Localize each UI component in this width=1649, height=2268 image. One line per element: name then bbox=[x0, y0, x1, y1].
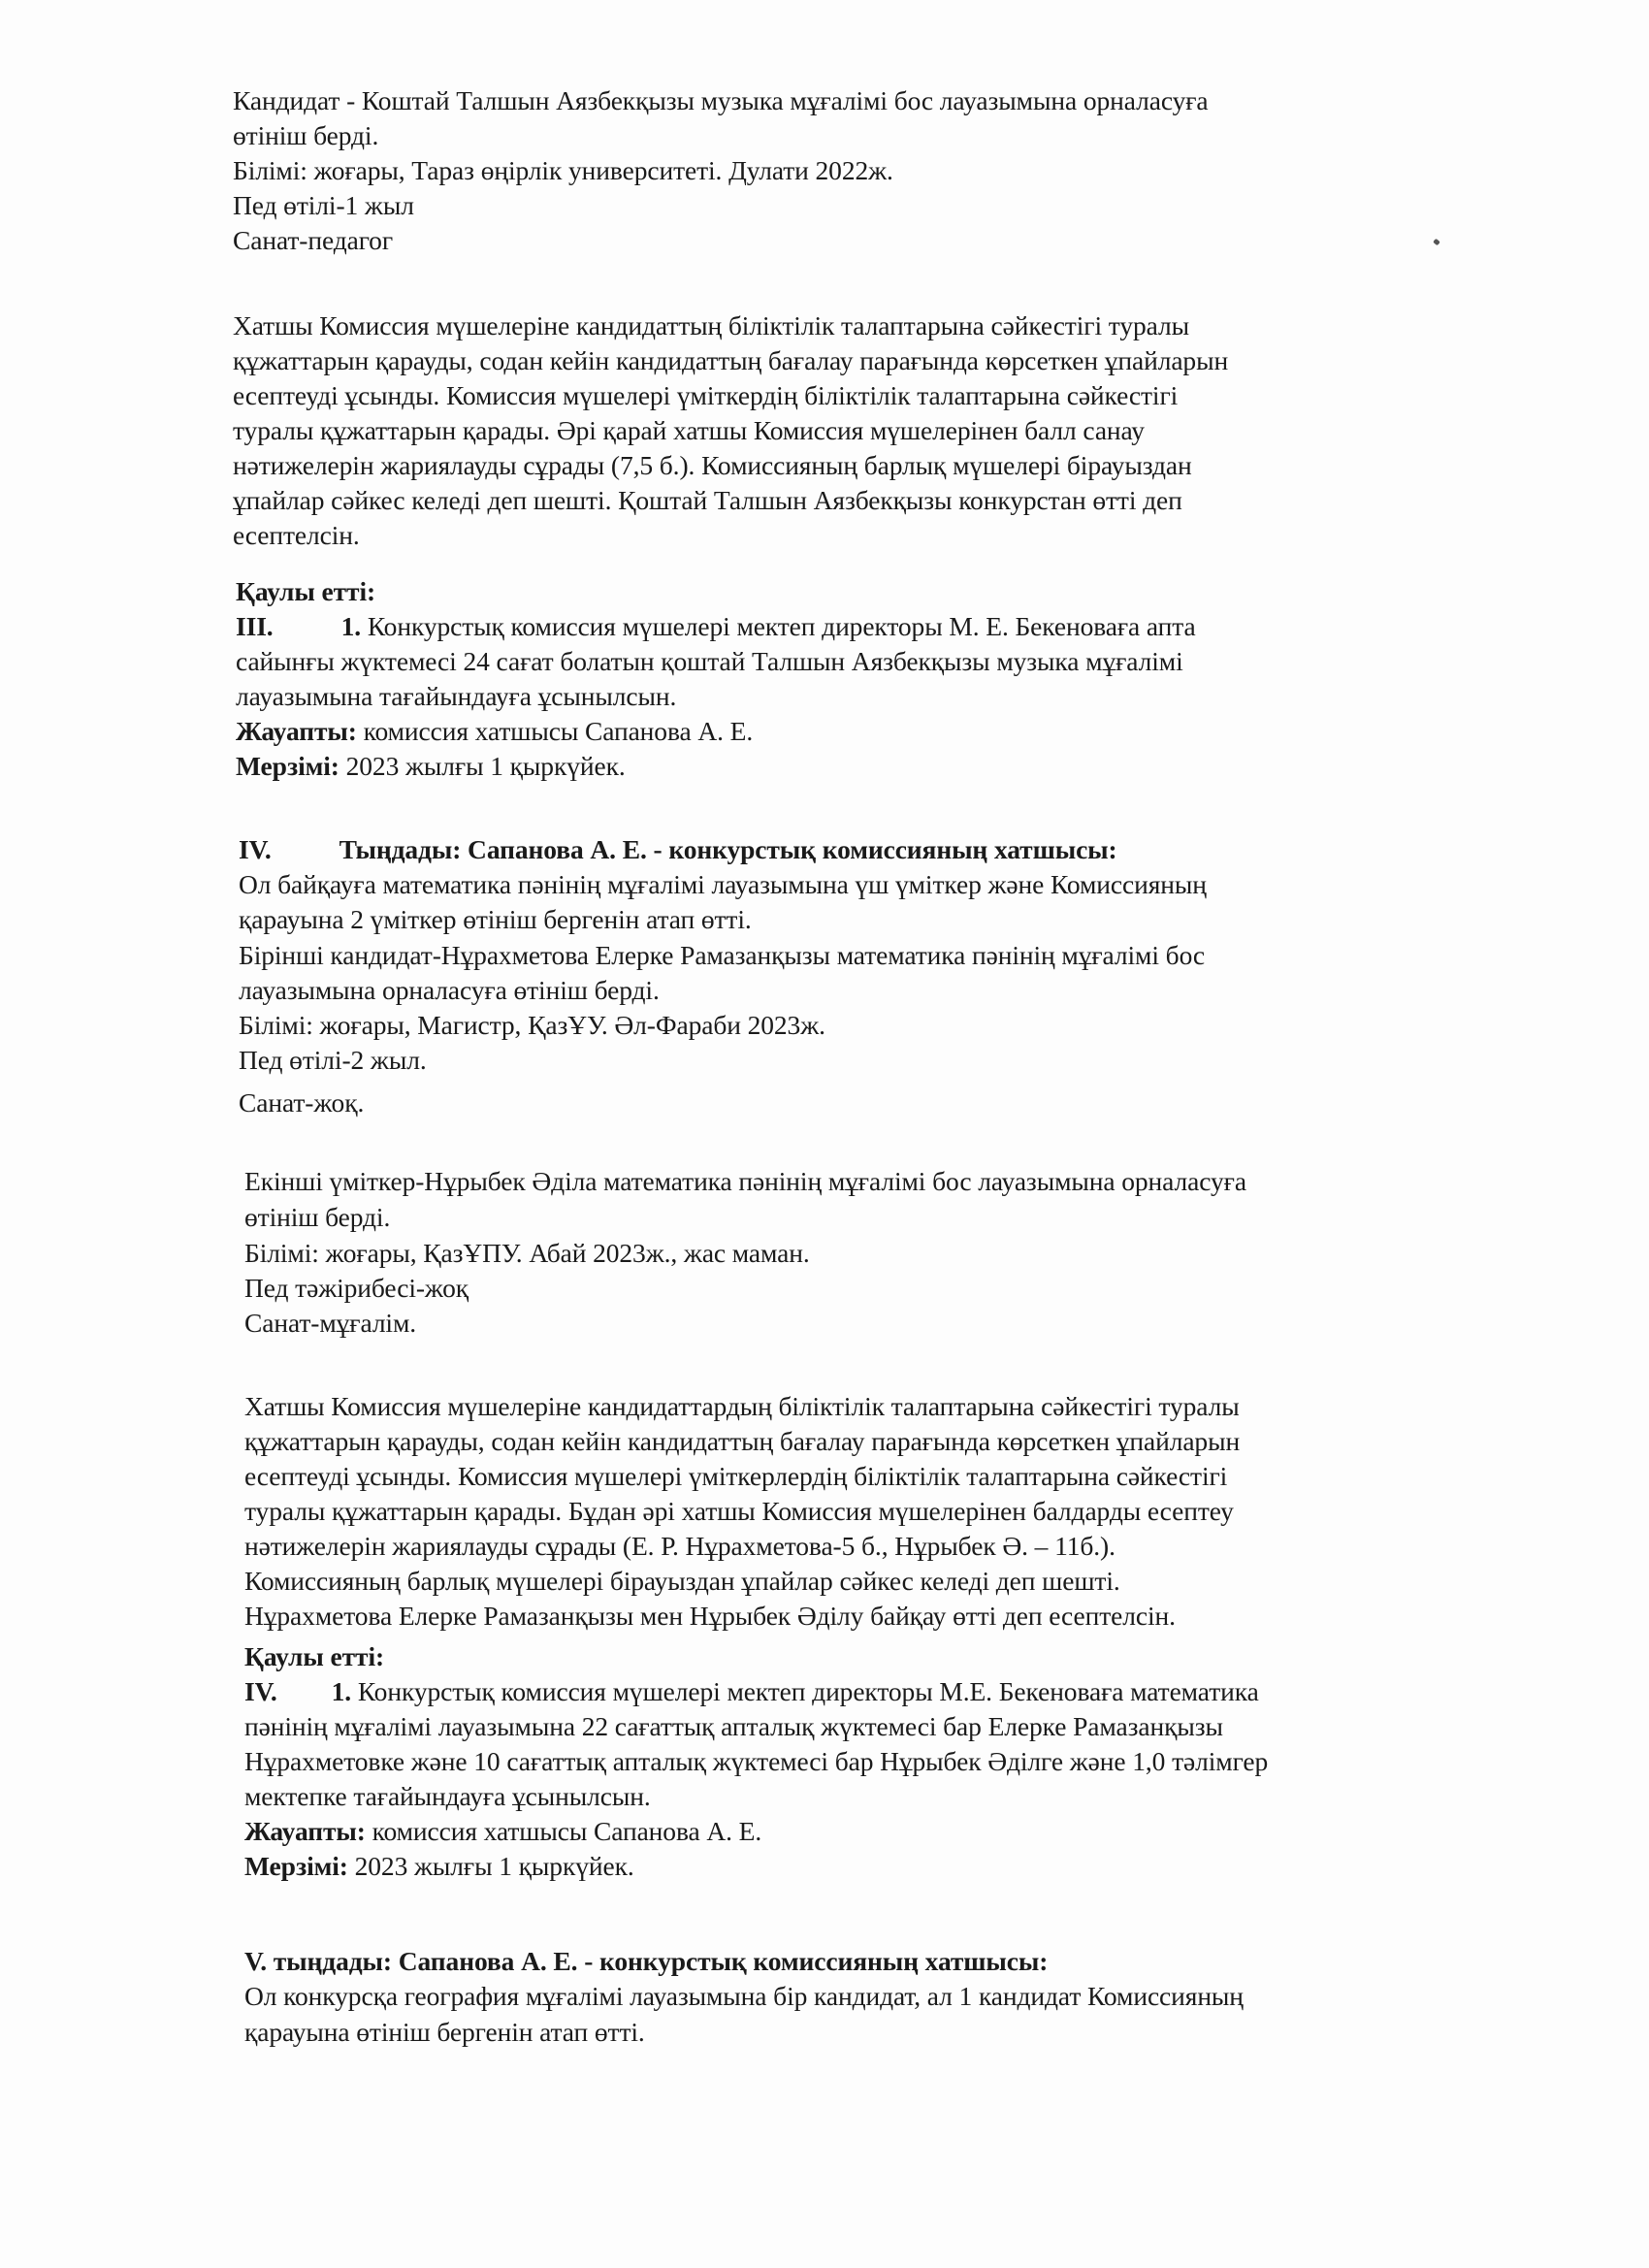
candidate-line: Кандидат - Коштай Талшын Аязбекқызы музы… bbox=[233, 83, 1209, 118]
candidate2-experience: Пед тәжірибесі-жоқ bbox=[244, 1271, 469, 1306]
candidate2-line: өтініш берді. bbox=[244, 1200, 390, 1235]
paragraph-line: ұпайлар сәйкес келеді деп шешті. Қоштай … bbox=[233, 483, 1182, 518]
candidate1-line: Бірінші кандидат-Нұрахметова Елерке Рама… bbox=[239, 938, 1205, 973]
paragraph-line: құжаттарын қарауды, содан кейін кандидат… bbox=[244, 1424, 1240, 1459]
education-line: Білімі: жоғары, Тараз өңірлік университе… bbox=[233, 153, 893, 188]
paragraph-line: туралы құжаттарын қарады. Бұдан әрі хатш… bbox=[244, 1494, 1234, 1529]
candidate2-line: Екінші үміткер-Нұрыбек Әділа математика … bbox=[244, 1164, 1246, 1199]
paragraph-line: есептелсін. bbox=[233, 518, 360, 553]
section-heading: V. тыңдады: Сапанова А. Е. - конкурстық … bbox=[244, 1944, 1048, 1979]
item-number: 1. bbox=[341, 611, 361, 641]
scanned-document-page: Кандидат - Коштай Талшын Аязбекқызы музы… bbox=[0, 0, 1649, 2268]
decision-text: сайынғы жүктемесі 24 сағат болатын қошта… bbox=[236, 644, 1183, 679]
roman-numeral: IV. bbox=[244, 1674, 277, 1709]
decision-text: мектепке тағайындауға ұсынылсын. bbox=[244, 1779, 651, 1814]
section-text: Ол конкурсқа география мұғалімі лауазымы… bbox=[244, 1979, 1244, 2014]
responsible-label: Жауапты: bbox=[236, 716, 357, 746]
item-number: 1. bbox=[332, 1676, 351, 1706]
paragraph-line: нәтижелерін жариялауды сұрады (7,5 б.). … bbox=[233, 448, 1192, 483]
candidate2-education: Білімі: жоғары, ҚазҰПУ. Абай 2023ж., жас… bbox=[244, 1236, 810, 1271]
responsible-value: комиссия хатшысы Сапанова А. Е. bbox=[357, 716, 753, 746]
category-line: Санат-педагог bbox=[233, 223, 393, 258]
responsible-line: Жауапты: комиссия хатшысы Сапанова А. Е. bbox=[236, 714, 753, 749]
section-heading-text: Тыңдады: Сапанова А. Е. - конкурстық ком… bbox=[339, 834, 1117, 864]
decision-text: Конкурстық комиссия мүшелері мектеп дире… bbox=[368, 611, 1196, 641]
responsible-line: Жауапты: комиссия хатшысы Сапанова А. Е. bbox=[244, 1814, 761, 1849]
section-text: қарауына өтініш бергенін атап өтті. bbox=[244, 2015, 645, 2050]
candidate1-category: Санат-жоқ. bbox=[239, 1085, 364, 1120]
paragraph-line: есептеуді ұсынды. Комиссия мүшелері үміт… bbox=[244, 1459, 1227, 1494]
paragraph-line: Хатшы Комиссия мүшелеріне кандидаттың бі… bbox=[233, 308, 1189, 343]
paragraph-line: есептеуді ұсынды. Комиссия мүшелері үміт… bbox=[233, 378, 1178, 413]
intro-line: Ол байқауға математика пәнінің мұғалімі … bbox=[239, 867, 1207, 902]
decision-text: Конкурстық комиссия мүшелері мектеп дире… bbox=[358, 1676, 1259, 1706]
deadline-line: Мерзімі: 2023 жылғы 1 қыркүйек. bbox=[244, 1849, 634, 1884]
responsible-label: Жауапты: bbox=[244, 1816, 366, 1846]
decision-text: лауазымына тағайындауға ұсынылсын. bbox=[236, 679, 676, 714]
candidate1-experience: Пед өтілі-2 жыл. bbox=[239, 1043, 427, 1078]
candidate2-category: Санат-мұғалім. bbox=[244, 1306, 416, 1341]
paragraph-line: Хатшы Комиссия мүшелеріне кандидаттардың… bbox=[244, 1389, 1240, 1424]
decision-item: IV.1. Конкурстық комиссия мүшелері мекте… bbox=[244, 1674, 1259, 1709]
scan-speck bbox=[1433, 239, 1440, 246]
candidate-line: өтініш берді. bbox=[233, 118, 378, 153]
decision-text: Нұрахметовке және 10 сағаттық апталық жү… bbox=[244, 1744, 1268, 1779]
paragraph-line: туралы құжаттарын қарады. Әрі қарай хатш… bbox=[233, 413, 1145, 448]
paragraph-line: Комиссияның барлық мүшелері бірауыздан ұ… bbox=[244, 1564, 1120, 1599]
roman-numeral: III. bbox=[236, 609, 274, 644]
experience-line: Пед өтілі-1 жыл bbox=[233, 188, 414, 223]
paragraph-line: Нұрахметова Елерке Рамазанқызы мен Нұрыб… bbox=[244, 1599, 1176, 1634]
paragraph-line: нәтижелерін жариялауды сұрады (Е. Р. Нұр… bbox=[244, 1529, 1115, 1564]
deadline-label: Мерзімі: bbox=[236, 751, 339, 781]
responsible-value: комиссия хатшысы Сапанова А. Е. bbox=[366, 1816, 761, 1846]
decision-text: пәнінің мұғалімі лауазымына 22 сағаттық … bbox=[244, 1709, 1223, 1744]
roman-numeral: IV. bbox=[239, 834, 272, 864]
deadline-line: Мерзімі: 2023 жылғы 1 қыркүйек. bbox=[236, 749, 626, 784]
paragraph-line: құжаттарын қарауды, содан кейін кандидат… bbox=[233, 343, 1228, 378]
deadline-label: Мерзімі: bbox=[244, 1851, 348, 1881]
candidate1-line: лауазымына орналасуға өтініш берді. bbox=[239, 973, 660, 1008]
decision-heading: Қаулы етті: bbox=[236, 574, 375, 609]
intro-line: қарауына 2 үміткер өтініш бергенін атап … bbox=[239, 902, 752, 937]
deadline-value: 2023 жылғы 1 қыркүйек. bbox=[348, 1851, 634, 1881]
decision-item: III.1. Конкурстық комиссия мүшелері мект… bbox=[236, 609, 1196, 644]
decision-heading: Қаулы етті: bbox=[244, 1639, 384, 1674]
candidate1-education: Білімі: жоғары, Магистр, ҚазҰУ. Әл-Фараб… bbox=[239, 1008, 825, 1043]
section-heading: IV.Тыңдады: Сапанова А. Е. - конкурстық … bbox=[239, 832, 1117, 867]
deadline-value: 2023 жылғы 1 қыркүйек. bbox=[339, 751, 626, 781]
